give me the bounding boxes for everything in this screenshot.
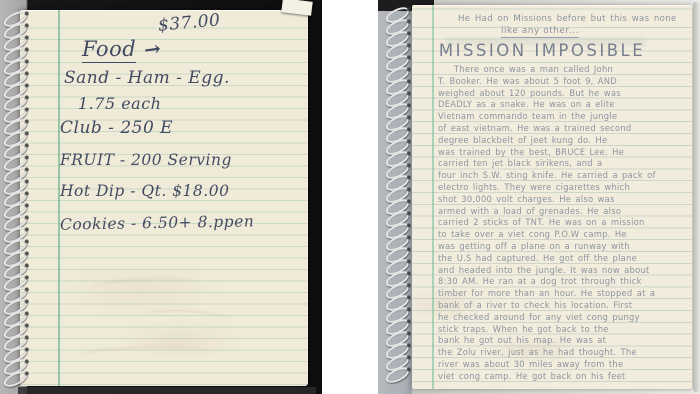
binding-hole — [406, 247, 411, 252]
binding-hole — [406, 331, 411, 336]
story-line: carried ten jet black sirikens, and a — [438, 158, 688, 170]
binding-hole — [406, 367, 411, 372]
food-heading-label: Food — [82, 37, 136, 63]
binding-hole — [406, 19, 411, 24]
binding-hole — [406, 175, 411, 180]
story-line: stick traps. When he got back to the — [438, 324, 688, 336]
binding-hole — [406, 55, 411, 60]
story-header-line2: like any other... — [412, 26, 668, 36]
story-line: the U.S had captured. He got off the pla… — [438, 253, 688, 265]
story-header-line1: He Had on Missions before but this was n… — [458, 14, 677, 24]
story-line: degree blackbelt of jeet kung do. He — [438, 135, 688, 147]
binding-hole — [406, 31, 411, 36]
story-line: of east vietnam. He was a trained second — [438, 123, 688, 135]
bleed-through-mark — [80, 344, 211, 366]
binding-hole — [406, 283, 411, 288]
margin-line — [432, 5, 434, 389]
binding-hole — [406, 163, 411, 168]
binding-hole — [406, 355, 411, 360]
story-body: There once was a man called JohnT. Booke… — [438, 64, 688, 383]
story-line: carried 2 sticks of TNT. He was on a mis… — [438, 217, 688, 229]
page-bottom-shadow — [18, 387, 316, 394]
story-line: timber for more than an hour. He stopped… — [438, 288, 688, 300]
handwritten-line-hot-dip: Hot Dip - Qt. $18.00 — [60, 182, 229, 200]
story-line: the Zolu river, just as he had thought. … — [438, 347, 688, 359]
bleed-through-mark — [90, 275, 201, 299]
story-line: electro lights. They were cigarettes whi… — [438, 182, 688, 194]
story-title: MISSION IMPOSIBLE — [412, 41, 672, 60]
story-line: was trained by the best, BRUCE Lee. He — [438, 147, 688, 159]
binding-hole — [406, 271, 411, 276]
story-header-line2-text: like any other... — [501, 26, 579, 38]
binding-hole — [406, 115, 411, 120]
story-line: 8:30 AM. He ran at a dog trot through th… — [438, 276, 688, 288]
binding-hole — [406, 139, 411, 144]
story-line: was getting off a plane on a runway with — [438, 241, 688, 253]
binding-hole — [406, 127, 411, 132]
handwritten-line-price-each: 1.75 each — [78, 94, 161, 113]
handwritten-line-fruit: FRUIT - 200 Serving — [60, 151, 232, 169]
story-line: bank of a river to check his location. F… — [438, 300, 688, 312]
binding-hole — [406, 211, 411, 216]
binding-hole — [406, 43, 411, 48]
story-line: river was about 30 miles away from the — [438, 359, 688, 371]
story-line: T. Booker. He was about 5 foot 9, AND — [438, 76, 688, 88]
story-line: weighed about 120 pounds. But he was — [438, 88, 688, 100]
page-right-edge — [693, 2, 700, 392]
binding-hole — [406, 91, 411, 96]
binding-hole — [406, 79, 411, 84]
story-line: armed with a load of grenades. He also — [438, 206, 688, 218]
right-notebook-photo: He Had on Missions before but this was n… — [378, 0, 700, 394]
story-line: viet cong camp. He got back on his feet — [438, 371, 688, 383]
bleed-through-mark — [140, 308, 231, 327]
total-amount: $37.00 — [157, 10, 221, 35]
story-line: and headed into the jungle. It was now a… — [438, 265, 688, 277]
binding-hole — [406, 67, 411, 72]
story-line: bank he got out his map. He was at — [438, 335, 688, 347]
binding-hole — [406, 235, 411, 240]
binding-hole — [406, 295, 411, 300]
binding-hole — [406, 307, 411, 312]
food-heading: Food→ — [82, 37, 161, 61]
story-line: There once was a man called John — [438, 64, 688, 76]
story-line: four inch S.W. sting knife. He carried a… — [438, 170, 688, 182]
right-page: He Had on Missions before but this was n… — [412, 5, 692, 389]
story-line: DEADLY as a snake. He was on a elite — [438, 99, 688, 111]
binding-hole — [406, 319, 411, 324]
scanned-notebook-pages: $37.00 Food→ Sand - Ham - Egg. 1.75 each… — [0, 0, 700, 394]
handwritten-line-club: Club - 250 E — [60, 118, 173, 138]
binding-hole — [406, 223, 411, 228]
story-line: shot 30,000 volt charges. He also was — [438, 194, 688, 206]
left-notebook-photo: $37.00 Food→ Sand - Ham - Egg. 1.75 each… — [0, 0, 322, 394]
left-page: $37.00 Food→ Sand - Ham - Egg. 1.75 each… — [20, 10, 308, 386]
story-line: he checked around for any viet cong pung… — [438, 312, 688, 324]
binding-hole — [406, 199, 411, 204]
arrow-glyph: → — [143, 36, 163, 62]
binding-hole — [406, 151, 411, 156]
handwritten-line-sandwiches: Sand - Ham - Egg. — [64, 68, 230, 88]
binding-hole — [406, 343, 411, 348]
binding-hole — [406, 187, 411, 192]
story-line: to take over a viet cong P.O.W camp. He — [438, 229, 688, 241]
handwritten-line-cookies: Cookies - 6.50+ 8.ppen — [60, 212, 255, 233]
story-line: Vietnam commando team in the jungle — [438, 111, 688, 123]
binding-hole — [406, 259, 411, 264]
binding-hole — [406, 103, 411, 108]
